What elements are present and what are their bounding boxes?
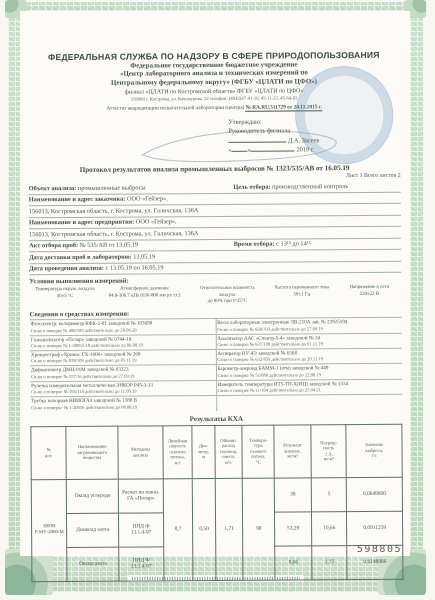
purpose-label: Цель отбора: [233,183,270,190]
condition-value: до 80% при t=25°С [192,299,264,306]
emission-cell: 0,0911259 [347,511,403,545]
col-velocity: Линейная скорость газового потока, м/с [163,425,193,478]
approval-year: 2019 г. [296,147,314,154]
instrument-cert: Св-во о поверке № 51/680 действительно д… [218,372,399,379]
col-error: Погреш- ность ± Δ, мг/м³ [311,424,347,477]
instrument-cert: Св-во о поверке № 650/333 действительно … [217,325,398,332]
condition-name: Частота переменного тока [269,285,334,292]
customer-label: Наименование и адрес заказчика: [29,196,126,204]
condition-value: 220±22 В [340,291,398,298]
customer-value: ООО «Гейзер», [127,195,168,202]
condition-temperature: Температура окруж. воздуха 20±5 °С [29,286,100,309]
col-temperature: Темпера- тура газового потока, °С [242,425,274,478]
form-serial-number: 598805 [357,544,402,555]
diameter-cell: 0,50 [193,478,216,580]
condition-value: 50±1 Гц [269,292,334,299]
instrument-cert: Св-во о поверке № 637/109 действительно … [217,341,398,348]
date-month-line [251,151,295,152]
temperature-cell: 90 [243,478,275,580]
error-cell: 10,66 [312,511,347,545]
condition-name: Относительная влажность воздуха [191,286,263,299]
instrument-cert [218,396,398,397]
scanned-document-page: ФЕДЕРАЛЬНАЯ СЛУЖБА ПО НАДЗОРУ В СФЕРЕ ПР… [0,0,435,600]
approval-date-line: «» 2019 г. [228,145,398,156]
emission-cell: 0,0649800 [347,477,403,511]
condition-voltage: Напряжение в сети 220±22 В [337,284,401,307]
instrument-cert: Св-во о поверке № 496/109 действительно … [31,327,212,334]
error-cell: 1,75 [312,545,347,579]
method-cell: ПНД Ф 13.1.4-97 [119,512,164,546]
object-label: Объект анализа: [29,185,77,192]
enterprise-value: ООО «Гейзер», [136,218,177,225]
error-cell: 5 [311,477,346,511]
analysis-dates-label: Дата проведения анализа: [29,265,104,273]
instrument-row: Трубка напорная НИИОГАЗ заводской № 1388… [30,394,402,411]
condition-humidity: Относительная влажность воздуха до 80% п… [188,285,266,308]
results-header-row: № ист. Наименование загрязняющего вещест… [31,424,402,480]
document-body: ФЕДЕРАЛЬНАЯ СЛУЖБА ПО НАДЗОРУ В СФЕРЕ ПР… [20,11,410,556]
enterprise-label: Наименование и адрес предприятия: [29,219,134,227]
date-day-line [232,151,248,152]
col-result: Результат анализа, мг/м³ [274,424,311,477]
signature-line [228,141,286,142]
col-emission: Значение выброса, г/с [346,424,402,477]
results-table: № ист. Наименование загрязняющего вещест… [30,423,403,582]
result-cell: 38 [274,477,311,511]
col-substance: Наименование загрязняющего вещества [66,426,118,479]
accreditation-prefix: Аттестат аккредитации испытательной лабо… [106,105,245,112]
customer-address: 156013, Костромская область, г. Кострома… [29,207,198,216]
col-source: № ист. [31,426,67,479]
condition-frequency: Частота переменного тока 50±1 Гц [266,284,337,307]
instruments-table: Фотоэлектр. колориметр КФК-2-01 заводско… [30,317,403,412]
condition-value: 84.0-106.7 кПа (630-800 мм рт. ст.) [103,293,185,300]
method-cell: Расчет по показ. ГА «Полар» [118,478,163,512]
field-row-analysis-dates: Дата проведения анализа: с 13.05.19 по 1… [29,261,401,275]
act-value: № 535/АВ от 13.05.19 [80,242,139,249]
instrument-cert: Св-во о поверке № 11/104 действительно д… [218,387,399,394]
protocol-fields: Объект анализа: промышленные выбросы Цел… [29,181,402,276]
purpose-value: производственный контроль [272,183,348,191]
act-label: Акт отбора проб: [29,242,78,249]
instrument-name [218,396,398,397]
instrument-cert: Св-во о поверке № 838/109 действительно … [31,358,212,365]
flow-cell: 1,71 [215,478,244,580]
delivery-value: 13.05.19 [133,253,155,260]
instrument-cert: Св-во о поверке № 632/859 действительно … [217,356,398,363]
instrument-cert: Св-во о поверке № 1-20956 действительно … [31,404,212,411]
substance-cell: Диоксид азота [67,513,119,547]
results-title: Результаты КХА [30,413,402,424]
sampling-time-value: с 13¹⁵ до 14¹⁵ [276,241,311,248]
emission-source-cell: ЗИОН Р-МУ-2000-М [31,479,67,581]
sampling-time-label: Время отбора: [234,241,275,248]
instrument-cert: Св-во о поверке № 557/16 действительно д… [31,373,212,380]
substance-cell: Оксид азота [67,547,119,581]
instrument-cert: Св-во о поверке № 195/118 действительно … [31,388,212,395]
sheet-counter: Лист 1 Всего листов 2 [29,173,401,182]
enterprise-address: 156013, Костромская область, г. Кострома… [29,230,198,239]
approver-name: Д.А. Засеев [288,137,319,144]
result-cell: 53,29 [274,511,311,545]
object-value: промышленные выбросы [78,184,146,191]
velocity-cell: 8,7 [163,478,193,580]
col-method: Методика анализа [118,425,163,478]
security-border-right [410,2,423,592]
col-flow: Объемн. расход газовозд. смеси, м³/с [214,425,242,478]
result-cell: 8,66 [275,545,312,579]
results-row-co: ЗИОН Р-МУ-2000-М Оксид углерода Расчет п… [31,477,402,514]
method-cell: ПНД Ф 13.1.4-97 [119,546,164,580]
condition-pressure: Атмосферное давление 84.0-106.7 кПа (630… [100,285,188,308]
substance-cell: Оксид углерода [66,479,118,513]
col-diameter: Диа- метр, м [192,425,215,478]
instrument-cert: Св-во о поверке № 1-20055-18 действитель… [31,342,212,349]
condition-name: Температура окруж. воздуха [32,287,97,294]
analysis-dates-value: с 13.05.19 по 16.05.19 [105,265,163,272]
delivery-label: Дата доставки проб в лабораторию: [29,253,131,261]
approval-block: Утверждаю: Руководитель филиала Д.А. Зас… [228,116,398,156]
condition-value: 20±5 °С [32,293,97,300]
conditions-grid: Температура окруж. воздуха 20±5 °С Атмос… [29,284,401,309]
